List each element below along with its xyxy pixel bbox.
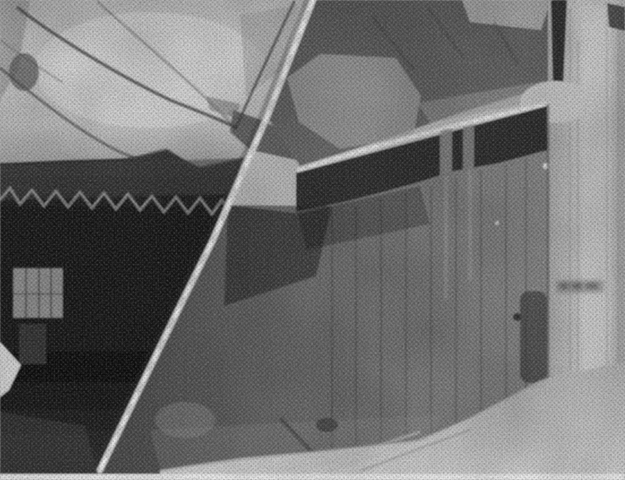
halftone-light-dots [0,0,625,480]
screenshot-canvas [0,0,625,480]
photo-canvas [0,0,625,480]
print-texture-overlay [0,0,625,480]
halftone-photo [0,0,625,480]
